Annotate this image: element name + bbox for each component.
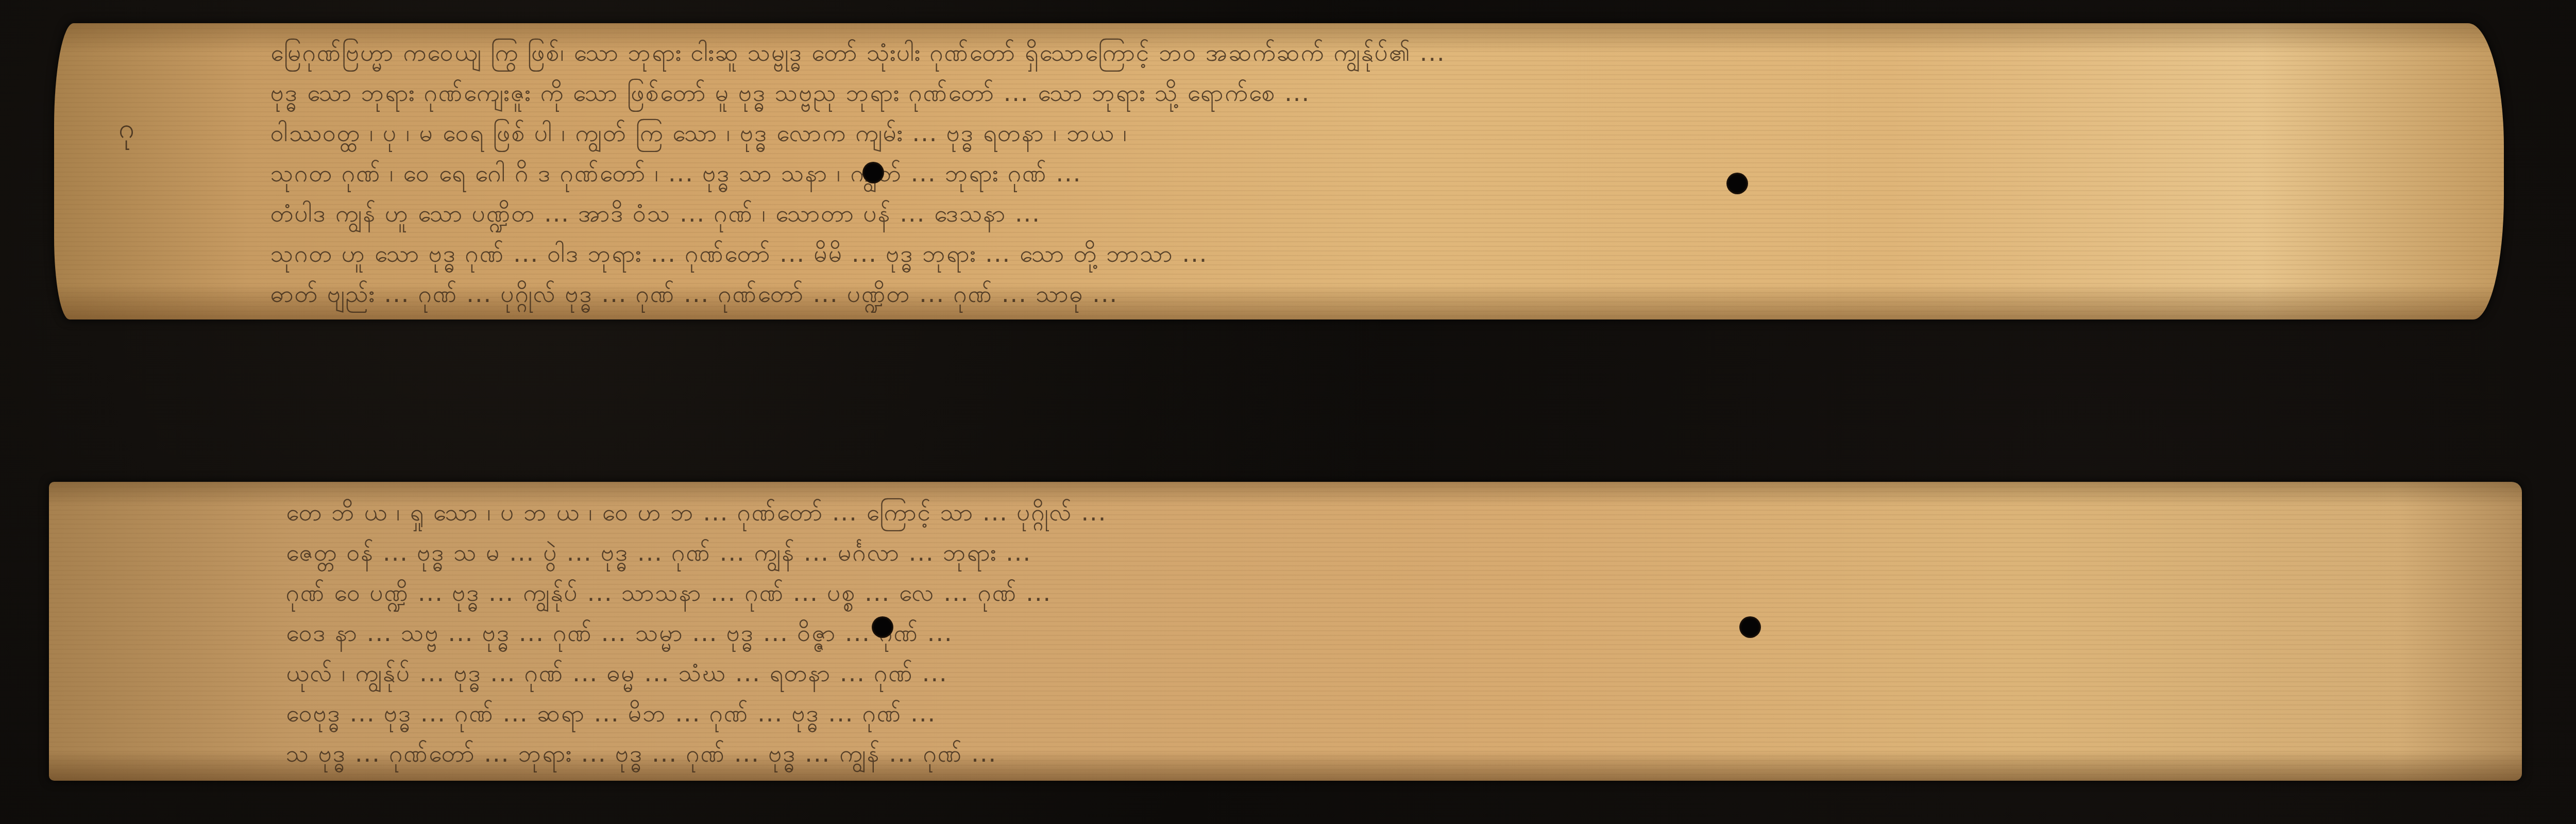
palm-leaf-bottom: တေ ဘိ ယ ၊ ရှု သော ၊ ပ ဘ ယ ၊ ဝေ ဟ ဘ ... ဂ… xyxy=(49,482,2522,781)
string-hole xyxy=(862,162,884,183)
manuscript-text-bottom: တေ ဘိ ယ ၊ ရှု သော ၊ ပ ဘ ယ ၊ ဝေ ဟ ဘ ... ဂ… xyxy=(286,492,2295,773)
text-line: ဓာတ် ဗျည်း ... ဂုဏ် ... ပုဂ္ဂိုလ် ဗုဒ္ဓ … xyxy=(270,274,2280,314)
text-line: ဂုဏ် ဝေ ပဏ္ဍိ ... ဗုဒ္ဓ ... ကျွန်ုပ် ...… xyxy=(286,573,2295,613)
text-line: တေ ဘိ ယ ၊ ရှု သော ၊ ပ ဘ ယ ၊ ဝေ ဟ ဘ ... ဂ… xyxy=(286,492,2295,532)
text-line: သုဂတ ဟူ သော ဗုဒ္ဓ ဂုဏ် ... ဝါဒ ဘုရား ...… xyxy=(270,233,2280,274)
string-hole xyxy=(872,616,893,638)
text-line: ဝေဗုဒ္ဓ ... ဗုဒ္ဓ ... ဂုဏ် ... ဆရာ ... မ… xyxy=(286,693,2295,733)
text-line: ဇေတ္တ ဝန် ... ဗုဒ္ဓ သ မ ... ပွဲ ... ဗုဒ္… xyxy=(286,532,2295,573)
folio-marker: ဂု xyxy=(118,111,134,152)
string-hole xyxy=(1739,616,1761,638)
text-line: မြေဂုဏ်ဗြဟ္မာ ကဝေယျ ကြွ ဖြစ်၊ သော ဘုရား … xyxy=(270,32,2280,73)
text-line: သ ဗုဒ္ဓ ... ဂုဏ်တော် ... ဘုရား ... ဗုဒ္ဓ… xyxy=(286,733,2295,773)
text-line: တံပါဒ ကျွန် ဟူ သော ပဏ္ဍိတ ... အာဒိ ဝံသ .… xyxy=(270,193,2280,233)
text-line: သုဂတ ဂုဏ် ၊ ဝေ ရေ ဂေါ ဂိ ဒ ဂုဏ်တော် ၊ ..… xyxy=(270,153,2280,193)
text-line: ဝါဿဝတ္ထ ၊ ပု ၊ မ ဝေရ ဖြစ် ပါ ၊ ကျွတ် ကြ … xyxy=(270,113,2280,153)
manuscript-text-top: မြေဂုဏ်ဗြဟ္မာ ကဝေယျ ကြွ ဖြစ်၊ သော ဘုရား … xyxy=(270,32,2280,314)
string-hole xyxy=(1726,173,1748,194)
text-line: ဗုဒ္ဓ သော ဘုရား ဂုဏ်ကျေးဇူး ကို သော ဖြစ်… xyxy=(270,73,2280,113)
text-line: ယုလ် ၊ ကျွန်ုပ် ... ဗုဒ္ဓ ... ဂုဏ် ... ဓ… xyxy=(286,653,2295,693)
palm-leaf-top: ဂု မြေဂုဏ်ဗြဟ္မာ ကဝေယျ ကြွ ဖြစ်၊ သော ဘုရ… xyxy=(54,23,2504,319)
text-line: ဝေဒ နာ ... သဗ္ဗ ... ဗုဒ္ဓ ... ဂုဏ် ... သ… xyxy=(286,613,2295,653)
